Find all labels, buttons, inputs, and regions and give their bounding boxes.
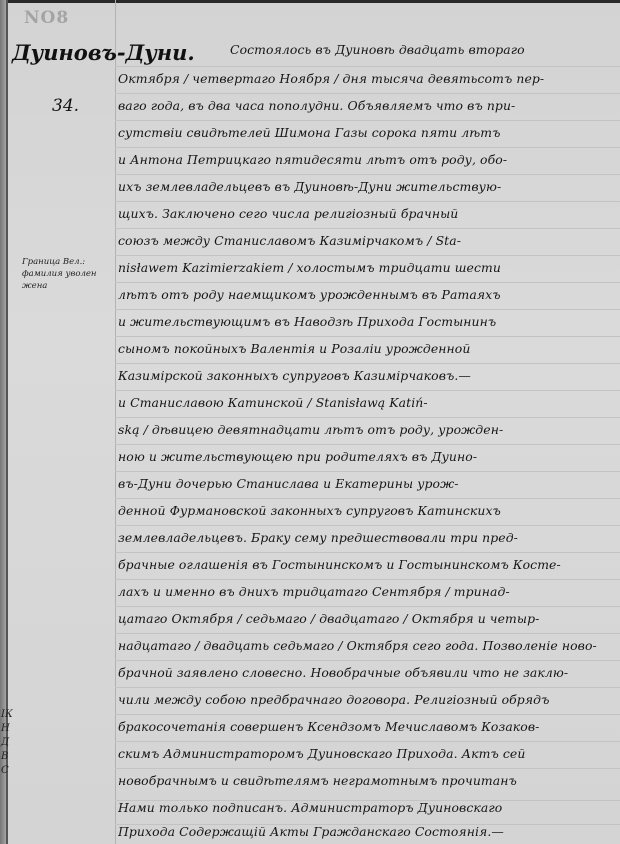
ruled-line [115,255,620,256]
ruled-line [115,228,620,229]
text-line: бракосочетанія совершенъ Ксендзомъ Мечис… [118,719,618,734]
ruled-line [115,309,620,310]
ruled-line [115,120,620,121]
ruled-line [115,768,620,769]
text-line: землевладельцевъ. Браку сему предшествов… [118,530,618,545]
ruled-line [115,741,620,742]
text-line: новобрачнымъ и свидѣтелямъ неграмотнымъ … [118,773,618,788]
record-heading: Дуиновъ-Дуни. [12,40,195,65]
document-page: ΝΟ8 Дуиновъ-Дуни. 34. Граница Вел.: фами… [0,0,620,844]
ruled-line [115,363,620,364]
ruled-line [115,444,620,445]
text-line: союзъ между Станиславомъ Казимірчакомъ /… [118,233,618,248]
page-stamp: ΝΟ8 [24,8,69,28]
text-line: ваго года, въ два часа пополудни. Объявл… [118,98,618,113]
text-line: ною и жительствующею при родителяхъ въ Д… [118,449,618,464]
text-line: сыномъ покойныхъ Валентія и Розаліи урож… [118,341,618,356]
ruled-line [115,66,620,67]
ruled-line [115,471,620,472]
text-line: Казимірской законныхъ супруговъ Казимірч… [118,368,618,383]
margin-rule [115,0,116,844]
text-line: и Станиславою Катинской / Stanisławą Kat… [118,395,618,410]
ruled-line [115,525,620,526]
ruled-line [115,552,620,553]
text-line: надцатаго / двадцать седьмаго / Октября … [118,638,618,653]
text-line: Октября / четвертаго Ноября / дня тысяча… [118,71,618,86]
ruled-line [115,660,620,661]
ruled-line [115,417,620,418]
text-line: лахъ и именно въ днихъ тридцатаго Сентяб… [118,584,618,599]
text-line: Состоялось въ Дуиновѣ двадцать втораго [230,42,618,57]
text-line: и Антона Петрицкаго пятидесяти лѣтъ отъ … [118,152,618,167]
ruled-line [115,606,620,607]
text-line: скимъ Администраторомъ Дуиновскаго Прихо… [118,746,618,761]
ruled-line [115,714,620,715]
ruled-line [115,498,620,499]
text-line: Нами только подписанъ. Администраторъ Ду… [118,800,618,815]
ruled-line [115,579,620,580]
text-line: чили между собою предбрачнаго договора. … [118,692,618,707]
entry-number: 34. [52,96,79,116]
text-line: Прихода Содержащій Акты Гражданскаго Сос… [118,824,618,839]
ruled-line [115,282,620,283]
text-line: денной Фурмановской законныхъ супруговъ … [118,503,618,518]
text-line: въ-Дуни дочерью Станислава и Екатерины у… [118,476,618,491]
page-top-edge [0,0,620,3]
text-line: брачной заявлено словесно. Новобрачные о… [118,665,618,680]
edge-note: ІКНДВС [1,708,13,778]
text-line: nisławem Kazimierzakiem / холостымъ трид… [118,260,618,275]
text-line: и жительствующимъ въ Наводзѣ Прихода Гос… [118,314,618,329]
ruled-line [115,174,620,175]
text-line: лѣтъ отъ роду наемщикомъ урожденнымъ въ … [118,287,618,302]
text-line: ихъ землевладельцевъ въ Дуиновѣ-Дуни жит… [118,179,618,194]
ruled-line [115,390,620,391]
text-line: сутствіи свидѣтелей Шимона Газы сорока п… [118,125,618,140]
ruled-line [115,687,620,688]
ruled-line [115,336,620,337]
ruled-line [115,93,620,94]
text-line: брачные оглашенія въ Гостынинскомъ и Гос… [118,557,618,572]
text-line: щихъ. Заключено сего числа религіозный б… [118,206,618,221]
ruled-line [115,201,620,202]
ruled-line [115,147,620,148]
text-line: ską / дѣвицею девятнадцати лѣтъ отъ роду… [118,422,618,437]
text-line: цатаго Октября / седьмаго / двадцатаго /… [118,611,618,626]
ruled-line [115,633,620,634]
margin-note: Граница Вел.: фамилия уволен жена [22,256,120,292]
